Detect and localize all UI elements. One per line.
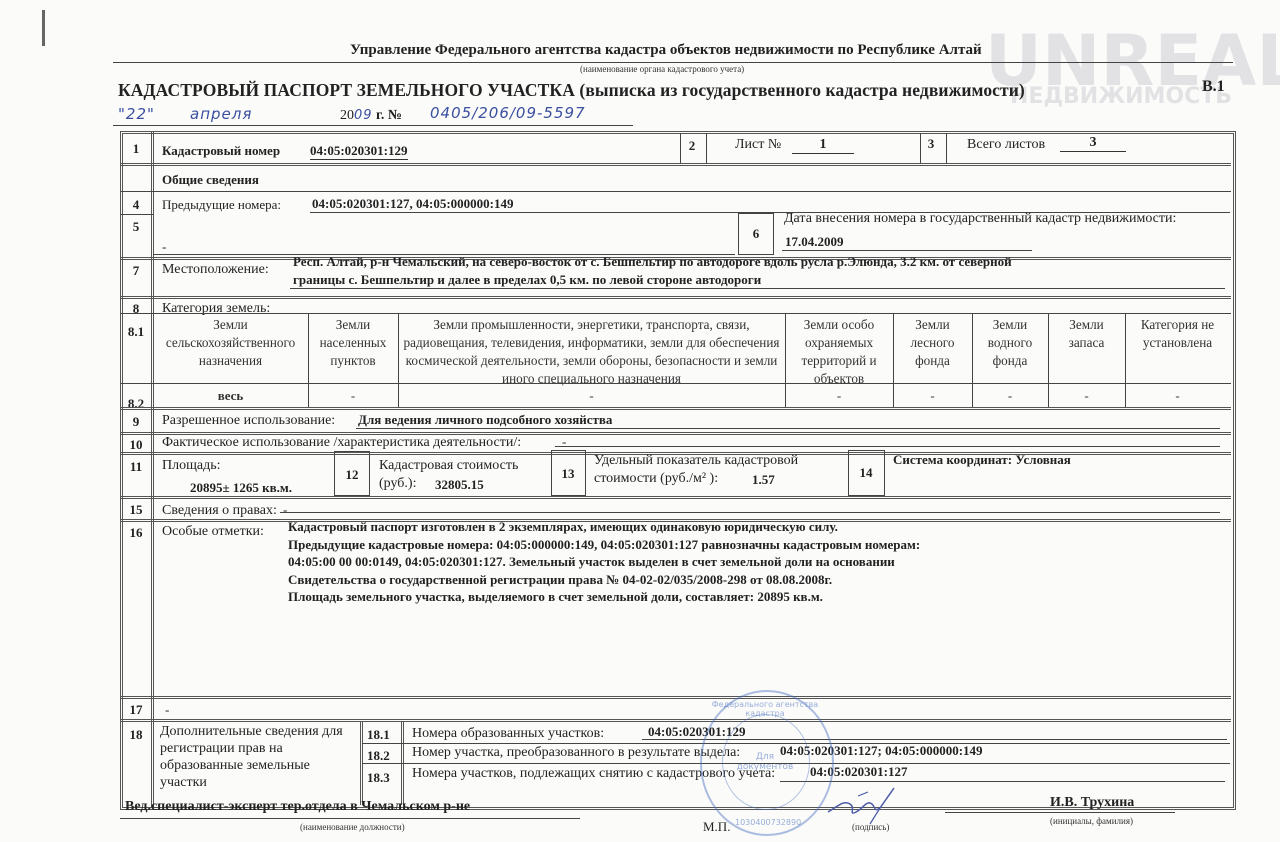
actual-use-value: - [562,434,566,450]
signer-position: Вед.специалист-эксперт тер.отдела в Чема… [125,799,470,815]
total-sheets-value: 3 [1060,135,1126,152]
additional-info-label: Дополнительные сведения для регистрации … [160,723,360,791]
form-code: В.1 [1202,78,1225,96]
date-month[interactable]: апреля [190,105,252,123]
sub-18-1-number: 18.1 [367,727,390,743]
seal-label: М.П. [703,819,730,835]
row-5-value: - [162,239,166,255]
specific-value: 1.57 [752,472,775,488]
category-value: - [400,387,783,405]
row-separator [121,191,1231,192]
special-note-line: Предыдущие кадастровые номера: 04:05:000… [288,536,920,554]
row-separator [121,496,1231,499]
location-label: Местоположение: [162,262,269,278]
category-header: Земли особо охраняемых территорий и объе… [787,316,891,388]
name-caption: (инициалы, фамилия) [1050,816,1133,826]
actual-use-underline [555,446,1220,447]
sub-18-3-number: 18.3 [367,770,390,786]
page-title: КАДАСТРОВЫЙ ПАСПОРТ ЗЕМЕЛЬНОГО УЧАСТКА (… [118,80,1025,101]
previous-numbers-label: Предыдущие номера: [162,197,281,213]
row-9-number: 9 [121,414,151,430]
row-10-number: 10 [121,437,151,453]
row-separator [121,163,1231,166]
margin-mark [42,10,45,46]
category-header: Земли сельскохозяйственного назначения [155,316,306,370]
transformed-plot-label: Номер участка, преобразованного в резуль… [412,745,740,761]
date-year-suffix[interactable]: 09 [354,108,373,123]
cadastral-number-value: 04:05:020301:129 [310,143,408,160]
row-18-number: 18 [121,727,151,743]
category-value: - [787,387,891,405]
category-column-divider [308,313,309,407]
date-year: 2009 г. № [340,108,402,124]
signer-name-underline [945,812,1175,813]
row-12-number: 12 [337,467,367,483]
row-14-number: 14 [851,465,881,481]
actual-use-label: Фактическое использование /характеристик… [162,435,521,451]
special-note-line: 04:05:00 00 00:0149, 04:05:020301:127. З… [288,553,920,571]
category-value: - [310,387,396,405]
signature-icon [820,782,900,827]
special-note-line: Кадастровый паспорт изготовлен в 2 экзем… [288,518,920,536]
row-separator [121,313,1231,314]
category-value: - [895,387,970,405]
rights-label: Сведения о правах: [162,503,277,519]
total-sheets-label: Всего листов [967,137,1045,153]
row-separator [121,696,1231,699]
registration-date-underline [782,250,1032,251]
registration-date-label: Дата внесения номера в государственный к… [784,211,1176,227]
watermark-subtext: НЕДВИЖИМОСТЬ [1010,84,1232,109]
rights-underline [280,512,1220,513]
agency-underline [113,62,1233,63]
permitted-use-label: Разрешенное использование: [162,413,335,429]
position-caption: (наименование должности) [300,822,405,832]
date-line [113,125,633,126]
signer-position-underline [120,818,580,819]
signer-name: И.В. Трухина [1050,795,1134,811]
doc-number[interactable]: 0405/206/09-5597 [430,104,586,122]
land-category-label: Категория земель: [162,301,270,317]
row-3-number: 3 [918,136,944,152]
row-7-number: 7 [121,263,151,279]
rights-value: - [283,502,287,518]
row-13-number: 13 [553,466,583,482]
row-16-number: 16 [121,525,151,541]
divider [946,133,947,163]
category-column-divider [893,313,894,407]
stamp-ogrn: 1030400732890 [735,818,801,827]
cadastral-value-label-2: (руб.): [379,476,416,492]
category-column-divider [1125,313,1126,407]
row-separator [121,719,1231,722]
sheet-value: 1 [792,137,854,154]
area-label: Площадь: [162,458,221,474]
category-column-divider [972,313,973,407]
cadastral-value: 32805.15 [435,477,484,493]
agency-caption: (наименование органа кадастрового учета) [580,64,744,74]
registration-date-value: 17.04.2009 [785,234,844,250]
row-separator [121,407,1231,410]
row-6-number: 6 [741,226,771,242]
area-value: 20895± 1265 кв.м. [190,480,292,496]
row-8-1-number: 8.1 [121,324,151,340]
category-header: Земли промышленности, энергетики, трансп… [400,316,783,388]
date-year-prefix: 20 [340,108,354,123]
row-15-number: 15 [121,502,151,518]
row-1-number: 1 [121,141,151,157]
row-5-number: 5 [121,219,151,235]
specific-value-label-2: стоимости (руб./м² ): [594,471,718,487]
row-8-number: 8 [121,301,151,317]
cadastral-number-label: Кадастровый номер [162,143,280,159]
special-notes: Кадастровый паспорт изготовлен в 2 экзем… [288,518,920,606]
number-column-divider [151,131,154,807]
category-column-divider [1048,313,1049,407]
category-header: Земли населенных пунктов [310,316,396,370]
row-2-number: 2 [678,138,706,154]
location-underline [290,288,1225,289]
category-column-divider [785,313,786,407]
specific-value-label: Удельный показатель кадастровой [594,453,798,469]
permitted-use-value: Для ведения личного подсобного хозяйства [358,412,612,428]
category-header: Земли водного фонда [974,316,1046,370]
category-header: Земли запаса [1050,316,1123,352]
cadastral-value-label: Кадастровая стоимость [379,458,518,474]
previous-numbers-value: 04:05:020301:127, 04:05:000000:149 [312,196,513,212]
stamp-text-mid: Для документов [730,752,800,772]
category-value: весь [155,387,306,405]
formed-plots-label: Номера образованных участков: [412,726,604,742]
special-note-line: Свидетельства о государственной регистра… [288,571,920,589]
sub-18-2-number: 18.2 [367,748,390,764]
row-17-value: - [165,702,169,718]
location-value-line2: границы с. Бешпельтир и далее в пределах… [293,272,761,288]
divider [706,133,707,163]
signature-caption: (подпись) [852,822,889,832]
category-value: - [1050,387,1123,405]
row-11-number: 11 [121,459,151,475]
special-note-line: Площадь земельного участка, выделяемого … [288,588,920,606]
category-column-divider [398,313,399,407]
row-separator [121,214,153,215]
category-value: - [974,387,1046,405]
category-value: - [1127,387,1228,405]
stamp-text-top: Федерального агентства кадастра [705,700,825,718]
general-section-title: Общие сведения [162,172,259,188]
date-day[interactable]: "22" [118,105,155,123]
date-year-label: г. № [376,108,402,123]
location-value-line1: Респ. Алтай, р-н Чемальский, на северо-в… [293,254,1012,270]
category-header: Земли лесного фонда [895,316,970,370]
agency-name: Управление Федерального агентства кадаст… [350,42,982,59]
category-header: Категория не установлена [1127,316,1228,352]
sheet-label: Лист № [735,137,781,153]
coordinate-system: Система координат: Условная [893,452,1071,468]
permitted-use-underline [356,428,1220,429]
row-17-number: 17 [121,702,151,718]
row-4-number: 4 [121,197,151,213]
special-notes-label: Особые отметки: [162,524,264,540]
row-separator [121,296,1231,299]
